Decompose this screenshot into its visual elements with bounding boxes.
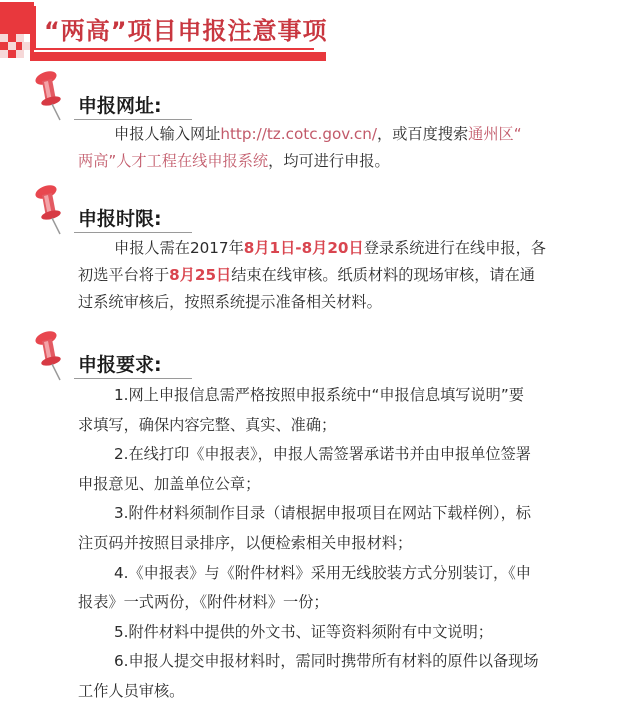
banner-red-block	[0, 2, 34, 34]
requirement-item-3-cont: 注页码并按照目录排序，以便检索相关申报材料；	[78, 529, 608, 559]
requirement-item-3: 3.附件材料须制作目录（请根据申报项目在网站下载样例），标	[78, 499, 608, 529]
end-date-highlight: 8月25日	[169, 266, 231, 284]
body-line: 两高”人才工程在线申报系统，均可进行申报。	[78, 148, 608, 175]
pushpin-icon	[30, 184, 72, 236]
requirement-item-2-cont: 申报意见、加盖单位公章；	[78, 470, 608, 500]
requirement-item-6-cont: 工作人员审核。	[78, 677, 608, 707]
header-banner: “两高”项目申报注意事项	[0, 0, 640, 62]
body-line: 申报人输入网址http://tz.cotc.gov.cn/，或百度搜索通州区“	[78, 121, 608, 148]
text-span: 申报人输入网址	[114, 125, 220, 143]
requirement-item-2: 2.在线打印《申报表》，申报人需签署承诺书并由申报单位签署	[78, 440, 608, 470]
requirement-item-4: 4.《申报表》与《附件材料》采用无线胶装方式分别装订，《申	[78, 559, 608, 589]
text-span: ，均可进行申报。	[268, 152, 390, 170]
text-span: 结束在线审核。纸质材料的现场审核，请在通	[231, 266, 535, 284]
text-span: 过系统审核后，按照系统提示准备相关材料。	[78, 293, 382, 311]
text-span: 初选平台将于	[78, 266, 169, 284]
requirement-item-6: 6.申报人提交申报材料时，需同时携带所有材料的原件以备现场	[78, 647, 608, 677]
search-term-highlight: 通州区“	[468, 125, 521, 143]
section-divider	[74, 378, 192, 379]
section-title: 申报网址:	[78, 91, 162, 118]
requirement-item-1: 1.网上申报信息需严格按照申报系统中“申报信息填写说明”要	[78, 381, 608, 411]
requirement-item-1-cont: 求填写，确保内容完整、真实、准确；	[78, 411, 608, 441]
body-line: 过系统审核后，按照系统提示准备相关材料。	[78, 289, 608, 316]
banner-outline-horizontal	[34, 48, 314, 50]
section-body: 申报人需在2017年8月1日-8月20日登录系统进行在线申报，各 初选平台将于8…	[78, 235, 608, 316]
body-line: 初选平台将于8月25日结束在线审核。纸质材料的现场审核，请在通	[78, 262, 608, 289]
text-span: ，或百度搜索	[377, 125, 468, 143]
banner-underline-bar	[30, 52, 326, 61]
section-title: 申报时限:	[78, 204, 162, 231]
pushpin-icon	[30, 70, 72, 122]
pushpin-icon	[30, 330, 72, 382]
requirement-item-4-cont: 报表》一式两份，《附件材料》一份；	[78, 588, 608, 618]
date-range-highlight: 8月1日-8月20日	[244, 239, 364, 257]
requirement-item-5: 5.附件材料中提供的外文书、证等资料须附有中文说明；	[78, 618, 608, 648]
section-title: 申报要求:	[78, 350, 162, 377]
text-span: 登录系统进行在线申报，各	[364, 239, 546, 257]
text-span: 申报人需在2017年	[114, 239, 244, 257]
search-term-highlight: 两高”人才工程在线申报系统	[78, 152, 268, 170]
banner-outline-vertical	[34, 6, 36, 50]
website-link[interactable]: http://tz.cotc.gov.cn/	[220, 125, 377, 143]
section-divider	[74, 119, 192, 120]
page-title: “两高”项目申报注意事项	[44, 11, 328, 46]
requirements-list: 1.网上申报信息需严格按照申报系统中“申报信息填写说明”要 求填写，确保内容完整…	[78, 381, 608, 707]
section-divider	[74, 232, 192, 233]
body-line: 申报人需在2017年8月1日-8月20日登录系统进行在线申报，各	[78, 235, 608, 262]
section-body: 申报人输入网址http://tz.cotc.gov.cn/，或百度搜索通州区“ …	[78, 121, 608, 175]
